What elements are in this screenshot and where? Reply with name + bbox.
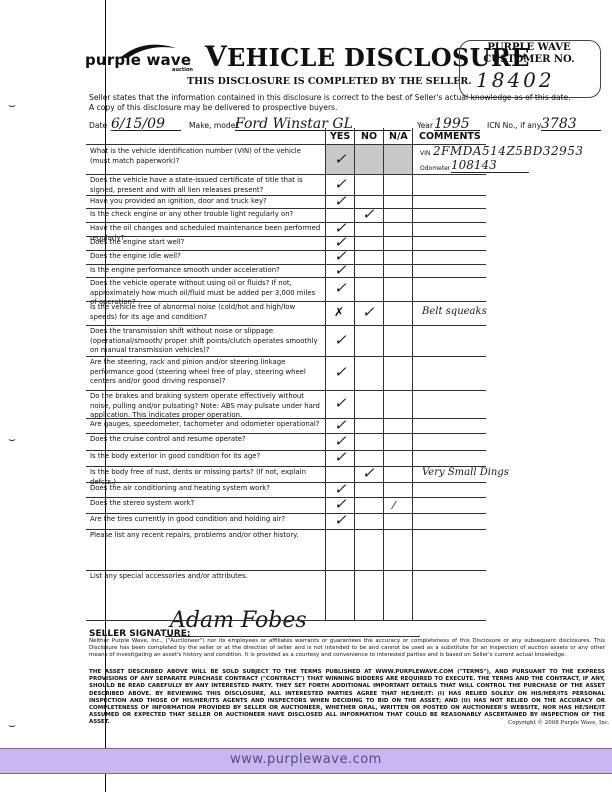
question-text: Are gauges, speedometer, tachometer and … (90, 420, 322, 430)
question-text: Does the transmission shift without nois… (90, 327, 322, 356)
make-model-field[interactable]: Ford Winstar GL (235, 116, 411, 131)
checkmark-no-icon[interactable]: ✓ (362, 207, 375, 222)
table-row-divider (86, 277, 486, 278)
checkmark-yes-icon[interactable]: ✓ (334, 497, 347, 512)
question-text: Please list any recent repairs, problems… (90, 531, 322, 541)
question-text: Is the check engine or any other trouble… (90, 210, 322, 220)
table-row-divider (86, 433, 486, 434)
question-text: List any special accessories and/or attr… (90, 572, 322, 582)
year-field[interactable]: 1995 (434, 116, 480, 131)
table-row-divider (86, 208, 486, 209)
checkmark-yes-icon[interactable]: ✓ (334, 513, 347, 528)
checkmark-yes-icon[interactable]: ✓ (334, 177, 347, 192)
table-column-divider (383, 128, 384, 620)
col-header-no: NO (361, 131, 377, 142)
disclaimer-text: Neither Purple Wave, Inc., ("Auctioneer"… (89, 638, 605, 659)
question-text: Are the steering, rack and pinion and/or… (90, 358, 322, 387)
question-text: Does the vehicle have a state-issued cer… (90, 176, 322, 195)
question-text: Is the body exterior in good condition f… (90, 452, 322, 462)
table-header-rule (86, 144, 486, 145)
table-row-divider (86, 325, 486, 326)
checkmark-yes-icon[interactable]: ✓ (334, 194, 347, 209)
table-row-divider (86, 570, 486, 571)
checkmark-yes-icon[interactable]: ✓ (334, 333, 347, 348)
hole-punch-mark: ⌣ (8, 98, 16, 113)
intro-text: Seller states that the information conta… (89, 93, 599, 113)
page-subtitle: THIS DISCLOSURE IS COMPLETED BY THE SELL… (187, 76, 472, 87)
odometer-field[interactable]: 108143 (451, 158, 529, 173)
col-header-comments: COMMENTS (419, 131, 481, 142)
checkmark-yes-icon[interactable]: ✓ (334, 263, 347, 278)
signature-rule (86, 620, 486, 621)
checkmark-yes-icon[interactable]: ✓ (334, 450, 347, 465)
table-row-divider (86, 513, 486, 514)
vin-label: VIN (420, 150, 430, 157)
table-row-divider (86, 250, 486, 251)
question-text: Does the cruise control and resume opera… (90, 435, 322, 445)
table-row-divider (86, 264, 486, 265)
question-text: What is the vehicle identification numbe… (90, 147, 322, 166)
year-label: Year (417, 121, 433, 130)
question-text: Do the brakes and braking system operate… (90, 392, 322, 421)
checkmark-yes-icon[interactable]: ✓ (334, 396, 347, 411)
col-header-yes: YES (330, 131, 350, 142)
date-field[interactable]: 6/15/09 (111, 116, 181, 131)
table-row-divider (86, 301, 486, 302)
checkmark-yes-icon[interactable]: ✓ (334, 365, 347, 380)
table-row-divider (86, 450, 486, 451)
make-label: Make, model (189, 121, 237, 130)
footer-url-link[interactable]: www.purplewave.com (0, 752, 612, 767)
terms-text: THE ASSET DESCRIBED ABOVE WILL BE SOLD S… (89, 669, 605, 727)
table-row-divider (86, 356, 486, 357)
checkmark-yes-icon[interactable]: ✓ (334, 152, 347, 167)
customer-number-value[interactable]: 18402 (476, 68, 555, 92)
question-text: Have you provided an ignition, door and … (90, 197, 322, 207)
table-column-divider (412, 128, 413, 620)
table-row-divider (86, 174, 486, 175)
question-text: Does the stereo system work? (90, 499, 322, 509)
copyright: Copyright © 2008 Purple Wave, Inc. (508, 720, 610, 726)
crossed-out-checkmark-icon[interactable]: ✗ (334, 305, 344, 320)
question-text: Is the engine performance smooth under a… (90, 266, 322, 276)
question-text: Does the engine idle well? (90, 252, 322, 262)
checkmark-yes-icon[interactable]: ✓ (334, 281, 347, 296)
question-text: Is the vehicle free of abnormal noise (c… (90, 303, 322, 322)
table-row-divider (86, 236, 486, 237)
comment-field[interactable]: Belt squeaks (422, 306, 487, 317)
table-row-divider (86, 418, 486, 419)
table-row-divider (86, 482, 486, 483)
table-column-divider (354, 128, 355, 620)
hole-punch-mark: ⌣ (8, 718, 16, 733)
table-column-divider (325, 128, 326, 620)
comment-field[interactable]: Very Small Dings (422, 467, 509, 478)
question-text: Does the engine start well? (90, 238, 322, 248)
customer-number-label: PURPLE WAVECUSTOMER NO. (459, 42, 599, 66)
question-text: Does the air conditioning and heating sy… (90, 484, 322, 494)
table-row-divider (86, 497, 486, 498)
logo-sub: auction (172, 67, 193, 73)
col-header-na: N/A (389, 131, 408, 142)
odometer-label: Odometer (420, 165, 450, 172)
date-label: Date (89, 121, 107, 130)
checkmark-no-icon[interactable]: ✓ (362, 466, 375, 481)
scribble-mark-icon[interactable]: ⁄ (393, 498, 395, 513)
checkmark-no-icon[interactable]: ✓ (362, 305, 375, 320)
icn-field[interactable]: 3783 (541, 116, 601, 131)
vin-field[interactable]: 2FMDA514Z5BD32953 (433, 144, 584, 158)
table-row-divider (86, 390, 486, 391)
table-row-divider (86, 529, 486, 530)
table-row-divider (86, 222, 486, 223)
table-row-divider (86, 195, 486, 196)
checkmark-yes-icon[interactable]: ✓ (334, 434, 347, 449)
hole-punch-mark: ⌣ (8, 432, 16, 447)
icn-label: ICN No., if any (487, 121, 541, 130)
question-text: Are the tires currently in good conditio… (90, 515, 322, 525)
signature-line (165, 636, 420, 637)
checkmark-yes-icon[interactable]: ✓ (334, 418, 347, 433)
